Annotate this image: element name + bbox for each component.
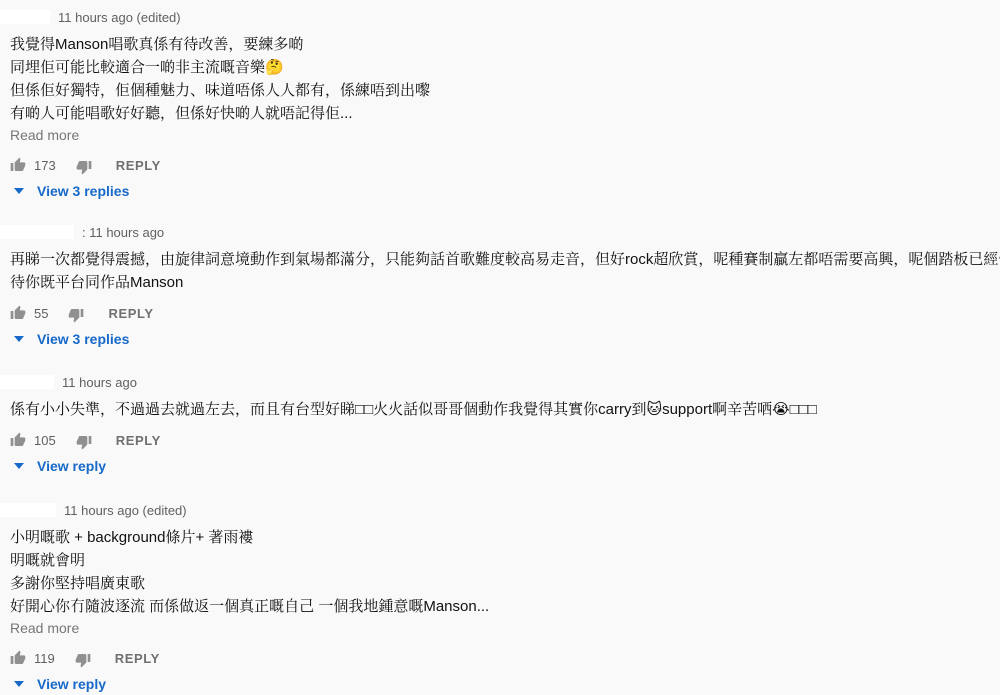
comment-text-line: 但係佢好獨特，佢個種魅力、味道唔係人人都有，係練唔到出嚟 — [10, 79, 1000, 102]
comment-text-line: 我覺得Manson唱歌真係有待改善，要練多啲 — [10, 33, 1000, 56]
comment-header: 11 hours ago — [10, 373, 1000, 391]
comment: 11 hours ago (edited) 我覺得Manson唱歌真係有待改善，… — [0, 8, 1000, 199]
comment-timestamp: 11 hours ago (edited) — [64, 503, 187, 518]
reply-button[interactable]: REPLY — [108, 306, 153, 321]
thumb-up-icon — [10, 305, 26, 321]
triangle-down-icon — [14, 188, 24, 194]
comment-actions: 55 REPLY — [10, 304, 1000, 322]
thumb-down-icon — [75, 652, 91, 668]
comment-text-line: 小明嘅歌 + background條片+ 著雨褸 — [10, 526, 1000, 549]
comment: 11 hours ago 係有小小失準，不過過去就過左去，而且有台型好睇□□火火… — [0, 373, 1000, 474]
dislike-button[interactable] — [68, 307, 84, 323]
comment-actions: 105 REPLY — [10, 431, 1000, 449]
comment: 11 hours ago (edited) 小明嘅歌 + background條… — [0, 501, 1000, 692]
comment-text-line: 有啲人可能唱歌好好聽，但係好快啲人就唔記得佢... — [10, 102, 1000, 125]
like-button[interactable] — [10, 650, 26, 666]
like-count: 105 — [34, 433, 56, 448]
thumb-up-icon — [10, 432, 26, 448]
comment-header: : 11 hours ago — [10, 223, 1000, 241]
comment-text-line: 多謝你堅持唱廣東歌 — [10, 572, 1000, 595]
comment-text: 係有小小失準，不過過去就過左去，而且有台型好睇□□火火話似哥哥個動作我覺得其實你… — [10, 398, 1000, 421]
thumb-down-icon — [76, 434, 92, 450]
comment: : 11 hours ago 再睇一次都覺得震撼，由旋律詞意境動作到氣場都滿分，… — [0, 223, 1000, 347]
view-replies-toggle[interactable]: View reply — [10, 676, 106, 692]
reply-button[interactable]: REPLY — [115, 651, 160, 666]
thumb-up-icon — [10, 157, 26, 173]
thumb-up-icon — [10, 650, 26, 666]
username-masked[interactable] — [0, 503, 56, 517]
view-replies-label: View 3 replies — [37, 183, 129, 199]
thumb-down-icon — [76, 159, 92, 175]
dislike-button[interactable] — [76, 159, 92, 175]
triangle-down-icon — [14, 336, 24, 342]
comment-header: 11 hours ago (edited) — [10, 501, 1000, 519]
dislike-button[interactable] — [75, 652, 91, 668]
comment-text-line: 同埋佢可能比較適合一啲非主流嘅音樂🤔 — [10, 56, 1000, 79]
comment-timestamp: : 11 hours ago — [82, 225, 164, 240]
read-more-link[interactable]: Read more — [10, 618, 79, 639]
view-replies-toggle[interactable]: View 3 replies — [10, 183, 129, 199]
view-replies-label: View reply — [37, 458, 106, 474]
comment-text-line: 待你既平台同作品Manson — [10, 271, 1000, 294]
view-replies-label: View 3 replies — [37, 331, 129, 347]
triangle-down-icon — [14, 681, 24, 687]
comment-actions: 119 REPLY — [10, 649, 1000, 667]
username-masked[interactable] — [0, 375, 54, 389]
triangle-down-icon — [14, 463, 24, 469]
comment-text: 再睇一次都覺得震撼，由旋律詞意境動作到氣場都滿分，只能夠話首歌難度較高易走音，但… — [10, 248, 1000, 294]
comment-header: 11 hours ago (edited) — [10, 8, 1000, 26]
view-replies-toggle[interactable]: View 3 replies — [10, 331, 129, 347]
comment-text-line: 係有小小失準，不過過去就過左去，而且有台型好睇□□火火話似哥哥個動作我覺得其實你… — [10, 398, 1000, 421]
comment-actions: 173 REPLY — [10, 156, 1000, 174]
like-button[interactable] — [10, 432, 26, 448]
username-masked[interactable] — [0, 10, 50, 24]
view-replies-toggle[interactable]: View reply — [10, 458, 106, 474]
comment-text-line: 好開心你冇隨波逐流 而係做返一個真正嘅自己 一個我地鍾意嘅Manson... — [10, 595, 1000, 618]
reply-button[interactable]: REPLY — [116, 158, 161, 173]
comment-text: 我覺得Manson唱歌真係有待改善，要練多啲 同埋佢可能比較適合一啲非主流嘅音樂… — [10, 33, 1000, 125]
thumb-down-icon — [68, 307, 84, 323]
like-button[interactable] — [10, 305, 26, 321]
comment-text-line: 明嘅就會明 — [10, 549, 1000, 572]
like-count: 173 — [34, 158, 56, 173]
dislike-button[interactable] — [76, 434, 92, 450]
comment-timestamp: 11 hours ago (edited) — [58, 10, 181, 25]
like-count: 55 — [34, 306, 48, 321]
comment-timestamp: 11 hours ago — [62, 375, 137, 390]
view-replies-label: View reply — [37, 676, 106, 692]
comment-text-line: 再睇一次都覺得震撼，由旋律詞意境動作到氣場都滿分，只能夠話首歌難度較高易走音，但… — [10, 248, 1000, 271]
like-count: 119 — [34, 651, 55, 666]
read-more-link[interactable]: Read more — [10, 125, 79, 146]
reply-button[interactable]: REPLY — [116, 433, 161, 448]
like-button[interactable] — [10, 157, 26, 173]
username-masked[interactable] — [0, 225, 74, 239]
comment-text: 小明嘅歌 + background條片+ 著雨褸 明嘅就會明 多謝你堅持唱廣東歌… — [10, 526, 1000, 618]
